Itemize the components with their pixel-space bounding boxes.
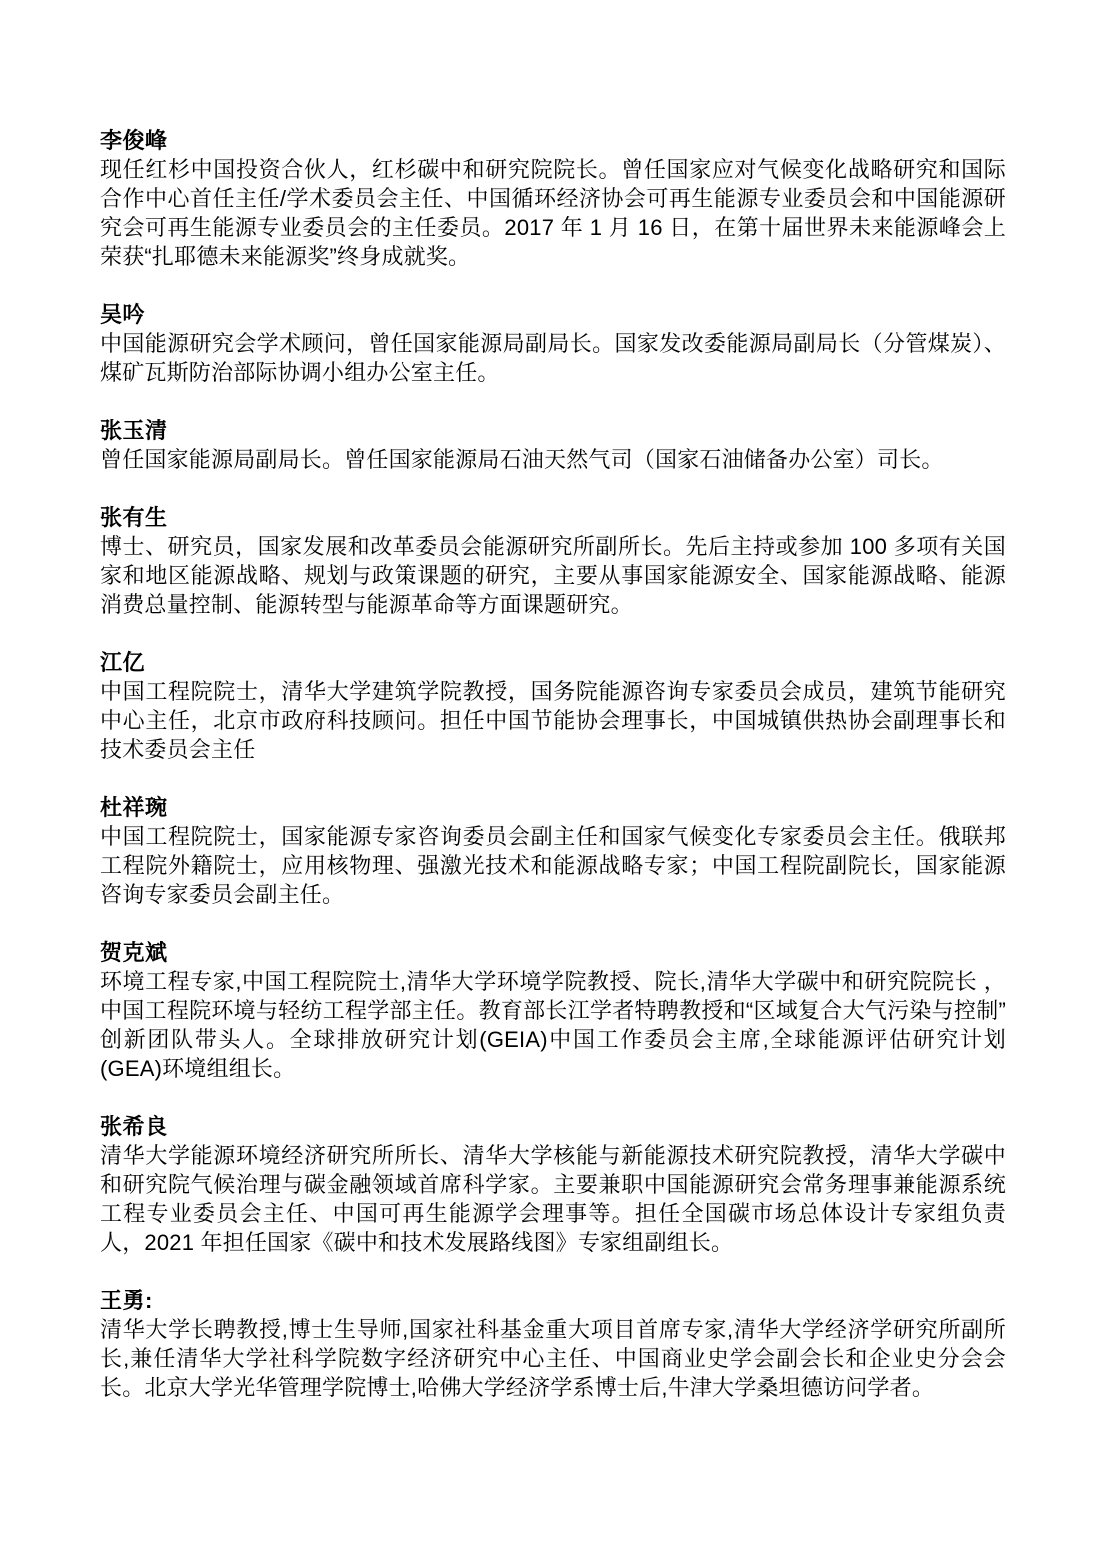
person-name-heading: 吴吟: [100, 300, 1006, 329]
person-bio-paragraph: 环境工程专家,中国工程院院士,清华大学环境学院教授、院长,清华大学碳中和研究院院…: [100, 967, 1006, 1083]
person-name-heading: 张希良: [100, 1112, 1006, 1141]
person-bio-paragraph: 曾任国家能源局副局长。曾任国家能源局石油天然气司（国家石油储备办公室）司长。: [100, 445, 1006, 474]
person-name-heading: 贺克斌: [100, 938, 1006, 967]
person-bio-paragraph: 中国工程院院士，清华大学建筑学院教授，国务院能源咨询专家委员会成员，建筑节能研究…: [100, 677, 1006, 764]
person-name-heading: 张有生: [100, 503, 1006, 532]
person-bio-paragraph: 现任红杉中国投资合伙人，红杉碳中和研究院院长。曾任国家应对气候变化战略研究和国际…: [100, 155, 1006, 271]
bio-section-zhang-yuqing: 张玉清 曾任国家能源局副局长。曾任国家能源局石油天然气司（国家石油储备办公室）司…: [100, 416, 1006, 474]
person-bio-paragraph: 博士、研究员，国家发展和改革委员会能源研究所副所长。先后主持或参加 100 多项…: [100, 532, 1006, 619]
bio-section-he-kebin: 贺克斌 环境工程专家,中国工程院院士,清华大学环境学院教授、院长,清华大学碳中和…: [100, 938, 1006, 1083]
person-bio-paragraph: 中国工程院院士，国家能源专家咨询委员会副主任和国家气候变化专家委员会主任。俄联邦…: [100, 822, 1006, 909]
bio-section-li-junfeng: 李俊峰 现任红杉中国投资合伙人，红杉碳中和研究院院长。曾任国家应对气候变化战略研…: [100, 126, 1006, 271]
person-bio-paragraph: 清华大学能源环境经济研究所所长、清华大学核能与新能源技术研究院教授，清华大学碳中…: [100, 1141, 1006, 1257]
person-name-heading: 江亿: [100, 648, 1006, 677]
person-name-heading: 李俊峰: [100, 126, 1006, 155]
person-name-heading: 杜祥琬: [100, 793, 1006, 822]
person-name-heading: 王勇:: [100, 1286, 1006, 1315]
person-bio-paragraph: 清华大学长聘教授,博士生导师,国家社科基金重大项目首席专家,清华大学经济学研究所…: [100, 1315, 1006, 1402]
person-name-heading: 张玉清: [100, 416, 1006, 445]
bio-section-zhang-yousheng: 张有生 博士、研究员，国家发展和改革委员会能源研究所副所长。先后主持或参加 10…: [100, 503, 1006, 619]
document-page: 李俊峰 现任红杉中国投资合伙人，红杉碳中和研究院院长。曾任国家应对气候变化战略研…: [0, 0, 1102, 1559]
bio-section-wu-yin: 吴吟 中国能源研究会学术顾问，曾任国家能源局副局长。国家发改委能源局副局长（分管…: [100, 300, 1006, 387]
bio-section-du-xiangwan: 杜祥琬 中国工程院院士，国家能源专家咨询委员会副主任和国家气候变化专家委员会主任…: [100, 793, 1006, 909]
bio-section-zhang-xiliang: 张希良 清华大学能源环境经济研究所所长、清华大学核能与新能源技术研究院教授，清华…: [100, 1112, 1006, 1257]
bio-section-jiang-yi: 江亿 中国工程院院士，清华大学建筑学院教授，国务院能源咨询专家委员会成员，建筑节…: [100, 648, 1006, 764]
person-bio-paragraph: 中国能源研究会学术顾问，曾任国家能源局副局长。国家发改委能源局副局长（分管煤炭）…: [100, 329, 1006, 387]
bio-section-wang-yong: 王勇: 清华大学长聘教授,博士生导师,国家社科基金重大项目首席专家,清华大学经济…: [100, 1286, 1006, 1402]
